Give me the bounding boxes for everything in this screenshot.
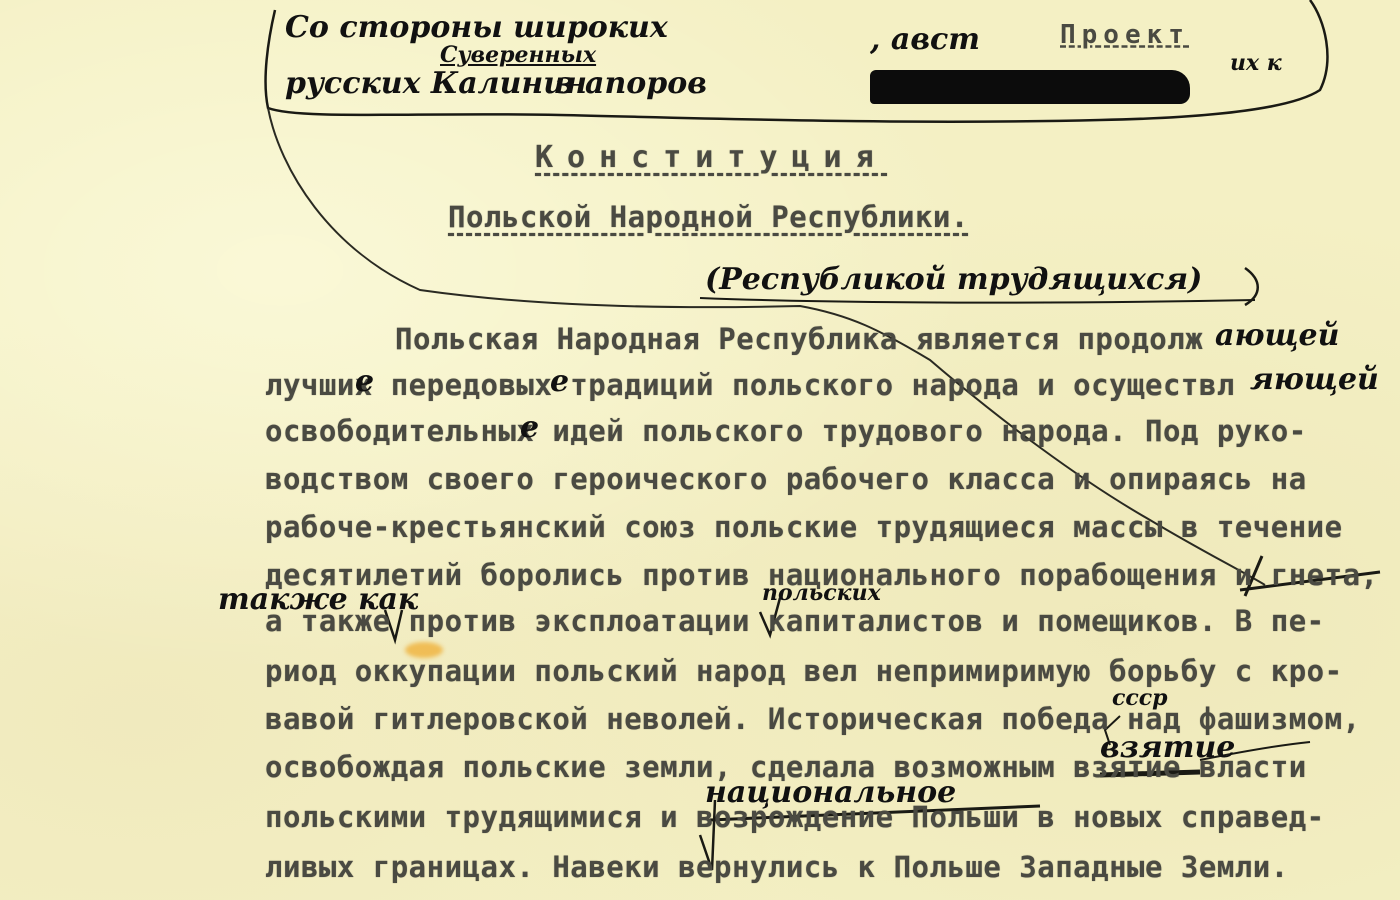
ink-stain [405,642,443,658]
draft-stamp: Проект [1060,20,1190,50]
header-annotation-line2-mid: з [555,66,574,101]
edit-line7-above: польских [762,580,881,606]
paragraph-line: Польская Народная Республика является пр… [395,322,1203,356]
paragraph-line: лучших передовых традиций польского наро… [265,368,1235,402]
document-title: Конституция [535,140,888,175]
header-annotation-line2-tail: апоров [585,66,707,101]
header-inserted-word: Суверенных [440,42,596,68]
paragraph-line: риод оккупации польский народ вел неприм… [265,654,1343,688]
paragraph-line: освободительных идей польского трудового… [265,414,1307,448]
paragraph-line: водством своего героического рабочего кл… [265,462,1307,496]
edit-line11-above: национальное [705,775,956,810]
header-annotation-line1-continuation: , авст [870,22,980,57]
edit-line2-e2: е [550,364,569,399]
paragraph-line: рабоче-крестьянский союз польские трудящ… [265,510,1343,544]
document-page: Со стороны широких , авст Суверенных Про… [0,0,1400,900]
redacted-block [870,70,1190,104]
edit-line1-suffix: ающей [1215,318,1339,353]
header-annotation-line1: Со стороны широких [285,10,668,45]
edit-line2-e1: е [355,364,374,399]
edit-line7-margin: также как [218,582,418,617]
document-subtitle: Польской Народной Республики. [448,200,969,234]
header-right-margin-note: их к [1230,50,1282,76]
edit-line3-e: е [520,410,539,445]
paragraph-line: ливых границах. Навеки вернулись к Польш… [265,850,1289,884]
edit-line2-suffix: яющей [1250,362,1379,397]
title-annotation: (Республикой трудящихся) [705,262,1202,297]
header-annotation-line2: русских Калинин [285,66,587,101]
edit-line10-above: взятие [1100,730,1235,765]
edit-line9-above: ссср [1112,685,1168,711]
paragraph-line: а также против эксплоатации капиталистов… [265,604,1325,638]
